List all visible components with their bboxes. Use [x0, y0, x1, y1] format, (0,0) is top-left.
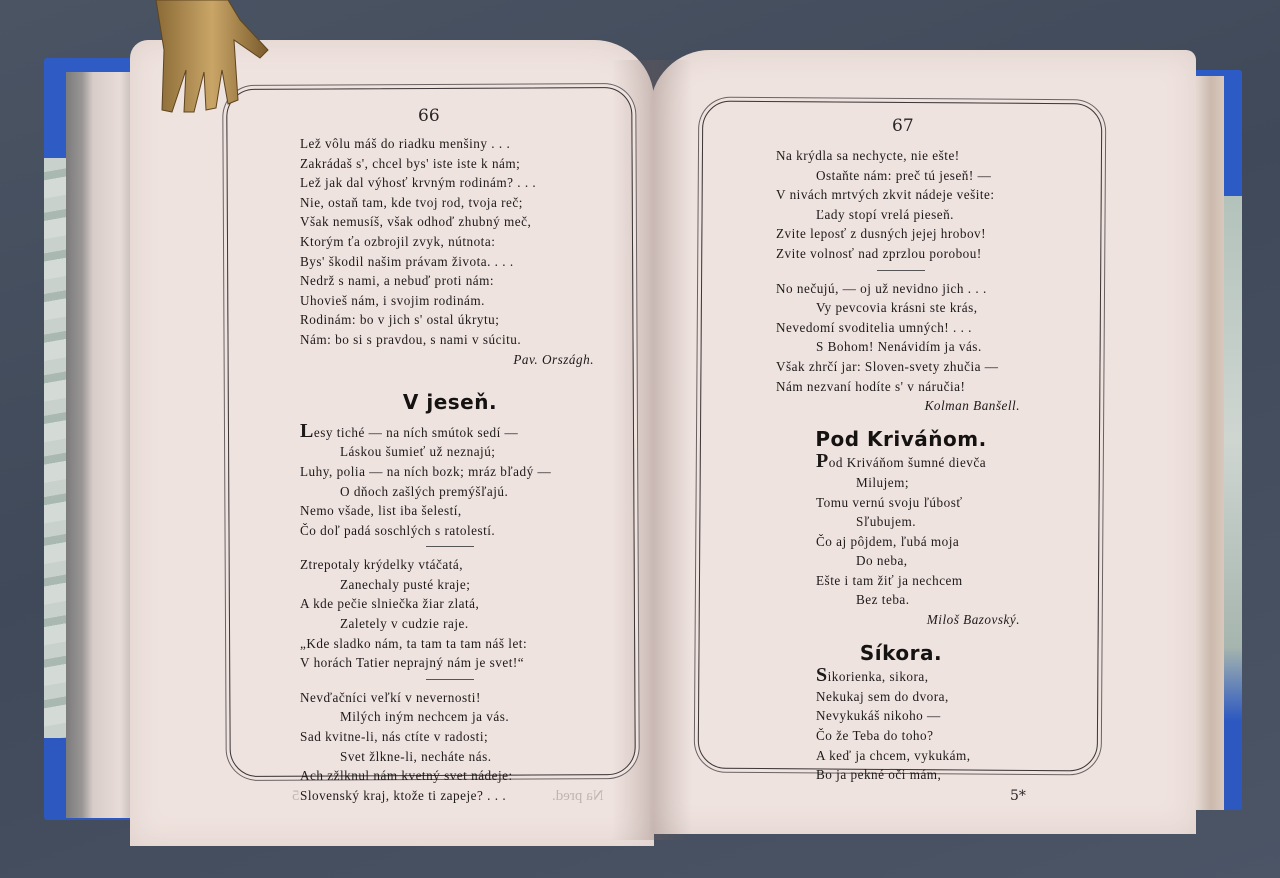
verse-line: Zakrádaš s', chcel bys' iste iste k nám; [300, 154, 600, 174]
verse-line: Sikorienka, sikora, [816, 667, 1026, 687]
verse-line: V horách Tatier neprajný nám je svet!“ [300, 653, 600, 673]
poem-title: Pod Kriváňom. [776, 430, 1026, 450]
verse-line: Zvite volnosť nad zprzlou porobou! [776, 244, 1026, 264]
brass-hand-bookmark-icon [148, 0, 278, 122]
verse-line: Čo že Teba do toho? [816, 726, 1026, 746]
verse-line: A kde pečie slniečka žiar zlatá, [300, 594, 600, 614]
verse-line: Čo aj pôjdem, ľubá moja [816, 532, 1026, 552]
stanza: Lesy tiché — na ních smútok sedí —Láskou… [300, 423, 600, 541]
verse-line: Nie, ostaň tam, kde tvoj rod, tvoja reč; [300, 193, 600, 213]
verse-line: Ostaňte nám: preč tú jeseň! — [776, 166, 1026, 186]
verse-line: Lež vôlu máš do riadku menšiny . . . [300, 134, 600, 154]
verse-line: Milujem; [816, 473, 1026, 493]
verse-line: Nevedomí svoditelia umných! . . . [776, 318, 1026, 338]
stanza-separator [426, 546, 474, 547]
verse-line: Do neba, [816, 551, 1026, 571]
page-number-right: 67 [892, 116, 914, 136]
verse-line: Nevykukáš nikoho — [816, 706, 1026, 726]
drop-cap: P [816, 450, 829, 472]
poem-title: V jeseň. [300, 393, 600, 413]
verse-line: Bo ja pekné oči mám, [816, 765, 1026, 785]
verse-line: S Bohom! Nenávidím ja vás. [776, 337, 1026, 357]
verse-line: Luhy, polia — na ních bozk; mráz bľadý — [300, 462, 600, 482]
poem-body: Lesy tiché — na ních smútok sedí —Láskou… [300, 423, 600, 806]
verse-line: A keď ja chcem, vykukám, [816, 746, 1026, 766]
bleed-through-text-left: 5 [292, 788, 300, 805]
verse-line: Pod Kriváňom šumné dievča [816, 453, 1026, 473]
right-page-text: Na krýdla sa nechycte, nie ešte!Ostaňte … [776, 146, 1026, 785]
poem-ending-stanzas: Na krýdla sa nechycte, nie ešte!Ostaňte … [776, 146, 1026, 396]
verse-line: Však zhrčí jar: Sloven-svety zhučia — [776, 357, 1026, 377]
verse-line: Zaletely v cudzie raje. [300, 614, 600, 634]
poem-body: Pod Kriváňom šumné dievčaMilujem;Tomu ve… [776, 453, 1026, 610]
verse-line: Nemo všade, list iba šelestí, [300, 501, 600, 521]
verse-line: Tomu vernú svoju ľúbosť [816, 493, 1026, 513]
drop-cap: S [816, 664, 828, 686]
verse-line: „Kde sladko nám, ta tam ta tam náš let: [300, 634, 600, 654]
verse-line: Lež jak dal výhosť krvným rodinám? . . . [300, 173, 600, 193]
verse-line: Vy pevcovia krásni ste krás, [776, 298, 1026, 318]
poem-title: Síkora. [776, 644, 1026, 664]
verse-line: Milých iným nechcem ja vás. [300, 707, 600, 727]
verse-line: Na krýdla sa nechycte, nie ešte! [776, 146, 1026, 166]
verse-line: O dňoch zašlých premýšľajú. [300, 482, 600, 502]
stanza-separator [426, 679, 474, 680]
verse-line: Nám nezvaní hodíte s' v náručia! [776, 377, 1026, 397]
verse-line: No nečujú, — oj už nevidno jich . . . [776, 279, 1026, 299]
verse-line: Nevďačníci veľkí v nevernosti! [300, 688, 600, 708]
verse-line: Čo doľ padá soschlých s ratolestí. [300, 521, 600, 541]
verse-line: Ľady stopí vrelá pieseň. [776, 205, 1026, 225]
verse-line: Láskou šumieť už neznajú; [300, 442, 600, 462]
verse-line: Bez teba. [816, 590, 1026, 610]
verse-line: Ach zžlknul nám kvetný svet nádeje: [300, 766, 600, 786]
verse-line: Rodinám: bo v jich s' ostal úkrytu; [300, 310, 600, 330]
stanza: Ztrepotaly krýdelky vtáčatá,Zanechaly pu… [300, 555, 600, 673]
left-page-text: Lež vôlu máš do riadku menšiny . . .Zakr… [300, 134, 600, 805]
poem-body: Sikorienka, sikora,Nekukaj sem do dvora,… [776, 667, 1026, 785]
verse-line: Nedrž s nami, a nebuď proti nám: [300, 271, 600, 291]
page-number-left: 66 [418, 106, 440, 126]
poem-author: Kolman Banšell. [776, 396, 1026, 416]
verse-line: Lesy tiché — na ních smútok sedí — [300, 423, 600, 443]
stanza: No nečujú, — oj už nevidno jich . . .Vy … [776, 279, 1026, 397]
verse-line: Svet žlkne-li, necháte nás. [300, 747, 600, 767]
verse-line: Zvite leposť z dusných jejej hrobov! [776, 224, 1026, 244]
poem-ending-stanza: Lež vôlu máš do riadku menšiny . . .Zakr… [300, 134, 600, 350]
bleed-through-text-right: Na pred. [552, 788, 604, 805]
verse-line: Uhovieš nám, i svojim rodinám. [300, 291, 600, 311]
verse-line: Však nemusíš, však odhoď zhubný meč, [300, 212, 600, 232]
poem-author: Pav. Országh. [300, 350, 600, 370]
stanza-separator [877, 270, 925, 271]
verse-line: V nivách mrtvých zkvit nádeje vešite: [776, 185, 1026, 205]
verse-line: Nekukaj sem do dvora, [816, 687, 1026, 707]
drop-cap: L [300, 420, 314, 442]
verse-line: Ztrepotaly krýdelky vtáčatá, [300, 555, 600, 575]
verse-line: Sad kvitne-li, nás ctíte v radosti; [300, 727, 600, 747]
verse-line: Ešte i tam žiť ja nechcem [816, 571, 1026, 591]
verse-line: Sľubujem. [816, 512, 1026, 532]
verse-line: Bys' škodil našim právam života. . . . [300, 252, 600, 272]
verse-line: Ktorým ťa ozbrojil zvyk, nútnota: [300, 232, 600, 252]
poem-author: Miloš Bazovský. [776, 610, 1026, 630]
signature-mark: 5* [1010, 788, 1026, 804]
stanza: Na krýdla sa nechycte, nie ešte!Ostaňte … [776, 146, 1026, 264]
verse-line: Nám: bo si s pravdou, s nami v súcitu. [300, 330, 600, 350]
verse-line: Zanechaly pusté kraje; [300, 575, 600, 595]
